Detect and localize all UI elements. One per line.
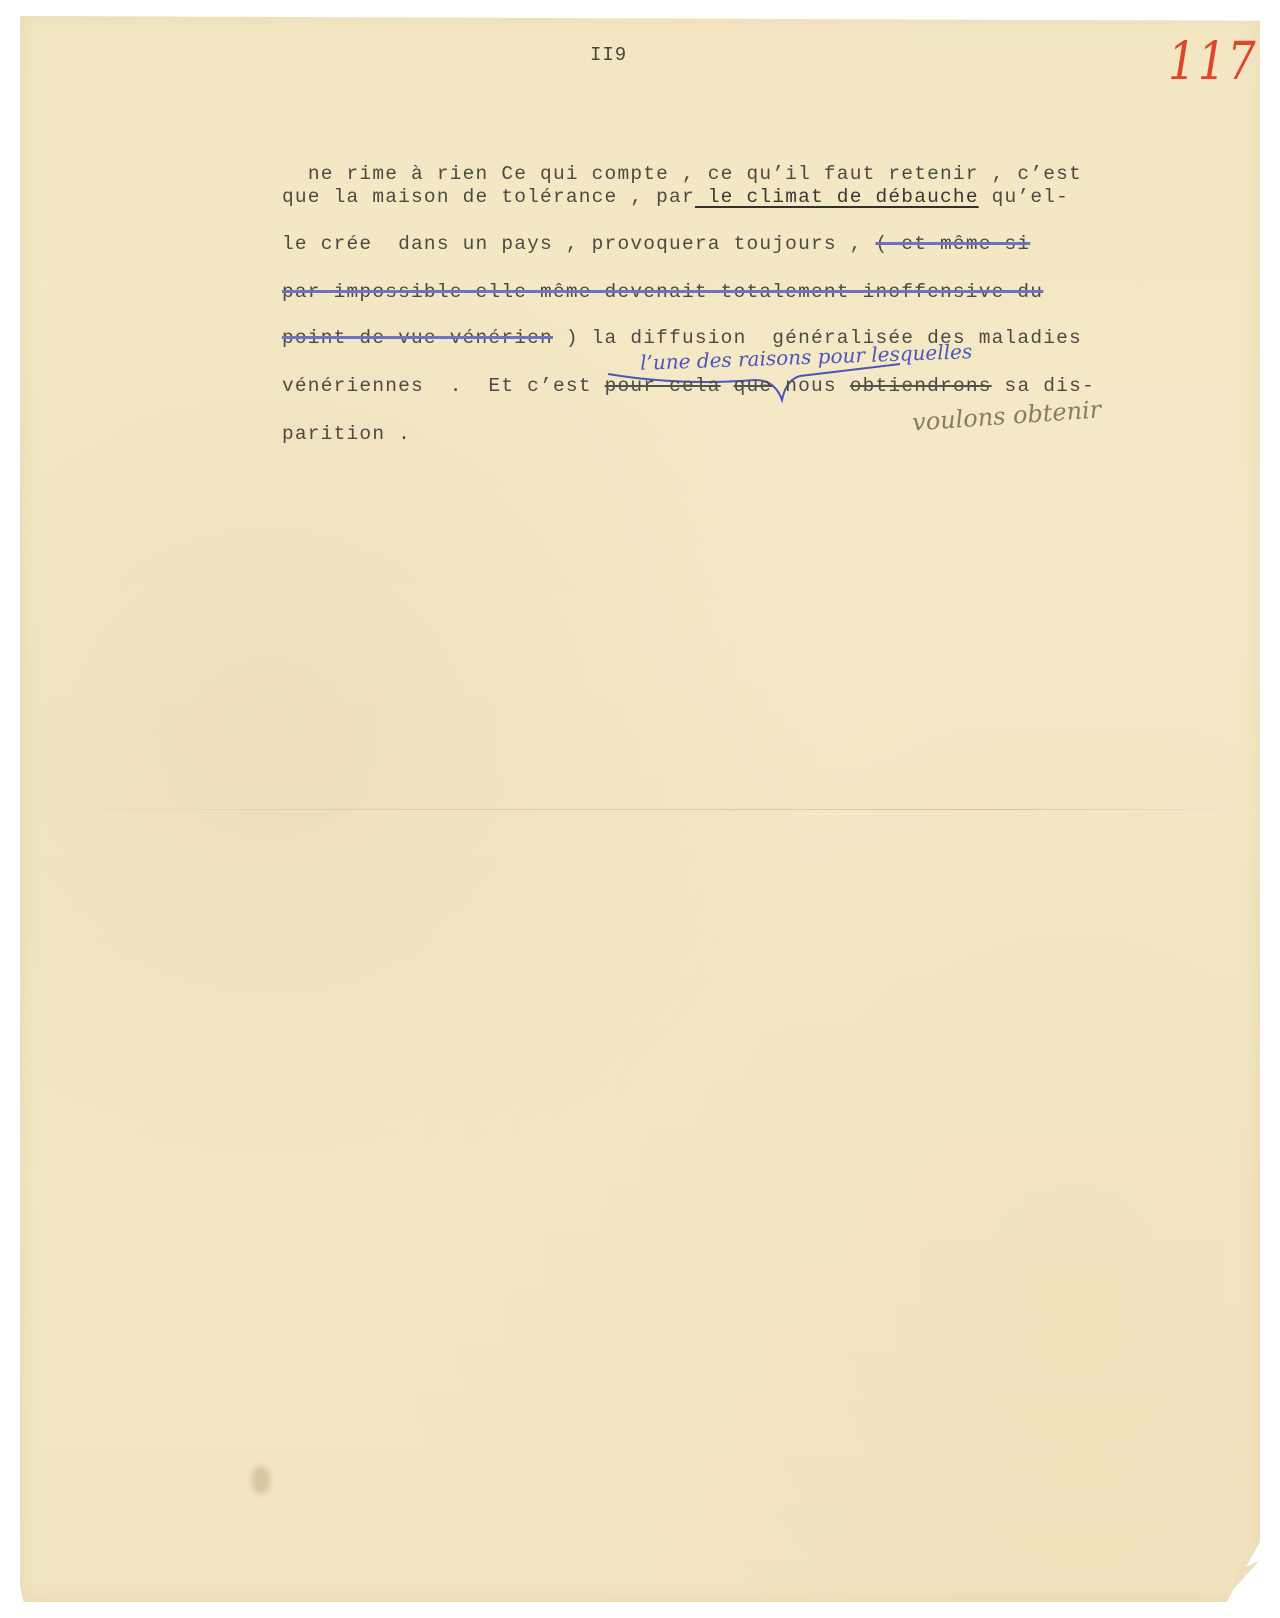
struck-phrase: par impossible elle-même devenait totale… xyxy=(282,281,1043,303)
paper-fold-line xyxy=(20,809,1260,810)
paper-stain xyxy=(252,1466,270,1494)
text-segment: parition . xyxy=(282,423,411,445)
text-segment: qu’el- xyxy=(979,186,1069,208)
struck-phrase: obtiendrons xyxy=(850,375,992,397)
typed-page-number: II9 xyxy=(590,44,627,66)
text-line-4: par impossible elle-même devenait totale… xyxy=(282,280,1043,304)
text-line-7: parition . xyxy=(282,422,411,446)
text-line-6: vénériennes . Et c’est pour cela que nou… xyxy=(282,374,1095,398)
text-segment xyxy=(721,375,734,397)
text-segment: que la maison de tolérance , par xyxy=(282,186,695,208)
text-line-2: que la maison de tolérance , par le clim… xyxy=(282,185,1069,209)
struck-phrase: point de vue vénérien xyxy=(282,327,553,349)
text-segment: le crée dans un pays , provoquera toujou… xyxy=(282,233,876,255)
handwritten-folio-number: 117 xyxy=(1168,36,1257,88)
text-segment: sa dis- xyxy=(992,375,1095,397)
text-segment: vénériennes . Et c’est xyxy=(282,375,605,397)
struck-phrase: que xyxy=(734,375,773,397)
struck-phrase: pour cela xyxy=(605,375,721,397)
struck-phrase: ( et même si xyxy=(876,233,1031,255)
text-segment: ne rime à rien Ce qui compte , ce qu’il … xyxy=(308,163,1082,185)
text-segment: nous xyxy=(772,375,849,397)
underlined-phrase: le climat de débauche xyxy=(695,186,979,208)
text-line-1: ne rime à rien Ce qui compte , ce qu’il … xyxy=(282,138,1082,186)
text-line-3: le crée dans un pays , provoquera toujou… xyxy=(282,232,1030,256)
